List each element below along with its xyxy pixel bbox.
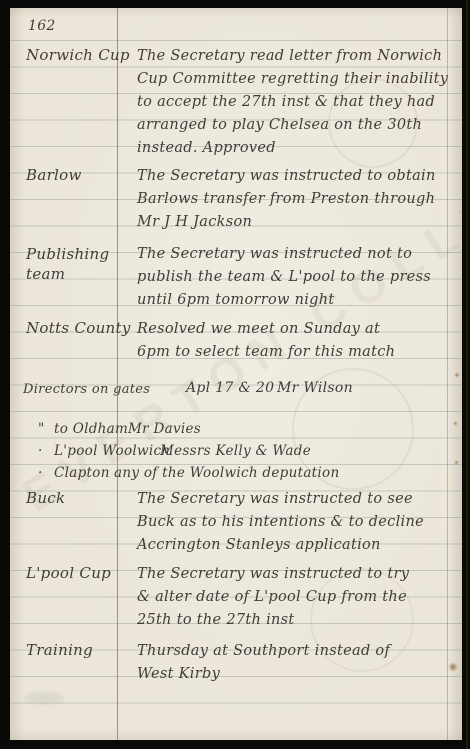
ledger-page: EVERTON COLLECTION 162 Norwich Cup The S… (10, 8, 462, 740)
entry-line: Resolved we meet on Sunday at (137, 318, 395, 341)
match-destination: to Oldham (54, 421, 128, 437)
entry-label: Notts County (26, 319, 130, 337)
match-destination: Clapton (54, 465, 110, 481)
assigned-director: any of the Woolwich deputation (114, 465, 339, 481)
directors-gate-assignments: " to Oldham Mr Davies · L'pool Woolwich … (10, 421, 462, 487)
entry-line: arranged to play Chelsea on the 30th (137, 114, 448, 137)
entry-label: Buck (26, 489, 130, 507)
book-spine-edge (466, 0, 468, 749)
entry-line: 25th to the 27th inst (137, 609, 409, 632)
page-number: 162 (28, 18, 56, 34)
red-margin-line (117, 8, 118, 740)
entry-line: West Kirby (137, 663, 390, 686)
entry-line: publish the team & L'pool to the press (137, 266, 431, 289)
gate-assignment-row: · Clapton any of the Woolwich deputation (10, 465, 462, 487)
smudge-mark (24, 692, 64, 704)
entry-label: L'pool Cup (26, 564, 130, 582)
entry-line: Accrington Stanleys application (137, 534, 424, 557)
entry-line: instead. Approved (137, 137, 448, 160)
entry-line: Buck as to his intentions & to decline (137, 511, 424, 534)
entry-line: Cup Committee regretting their inability (137, 68, 448, 91)
entry-label: Training (26, 641, 130, 659)
entry-line: Thursday at Southport instead of (137, 640, 390, 663)
entry-line: until 6pm tomorrow night (137, 289, 431, 312)
entry-line: The Secretary was instructed to see (137, 488, 424, 511)
gate-director-name: Mr Wilson (277, 380, 353, 396)
scanned-minute-book-photo: EVERTON COLLECTION 162 Norwich Cup The S… (0, 0, 470, 749)
entry-line: The Secretary read letter from Norwich (137, 45, 448, 68)
gate-dates: Apl 17 & 20 (186, 380, 274, 396)
assigned-director: Mr Davies (128, 421, 201, 437)
entry-line: The Secretary was instructed not to (137, 243, 431, 266)
entry-line: Mr J H Jackson (137, 211, 436, 234)
entry-label: Publishing team (26, 244, 118, 284)
entry-directors-on-gates: Directors on gates Apl 17 & 20 Mr Wilson (10, 380, 462, 404)
ditto-mark: " (38, 421, 45, 437)
entry-line: Barlows transfer from Preston through (137, 188, 436, 211)
ditto-mark: · (38, 443, 43, 459)
assigned-director: Messrs Kelly & Wade (160, 443, 311, 459)
match-destination: L'pool Woolwich (54, 443, 170, 459)
entry-line: The Secretary was instructed to try (137, 563, 409, 586)
entry-label: Norwich Cup (26, 46, 130, 64)
entry-line: 6pm to select team for this match (137, 341, 395, 364)
entry-line: to accept the 27th inst & that they had (137, 91, 448, 114)
gate-assignment-row: · L'pool Woolwich Messrs Kelly & Wade (10, 443, 462, 465)
entry-label: Directors on gates (23, 382, 150, 397)
entry-line: The Secretary was instructed to obtain (137, 165, 436, 188)
page-edge-shadow (447, 8, 462, 740)
entry-label: Barlow (26, 166, 130, 184)
entry-line: & alter date of L'pool Cup from the (137, 586, 409, 609)
ditto-mark: · (38, 465, 43, 481)
gate-assignment-row: " to Oldham Mr Davies (10, 421, 462, 443)
